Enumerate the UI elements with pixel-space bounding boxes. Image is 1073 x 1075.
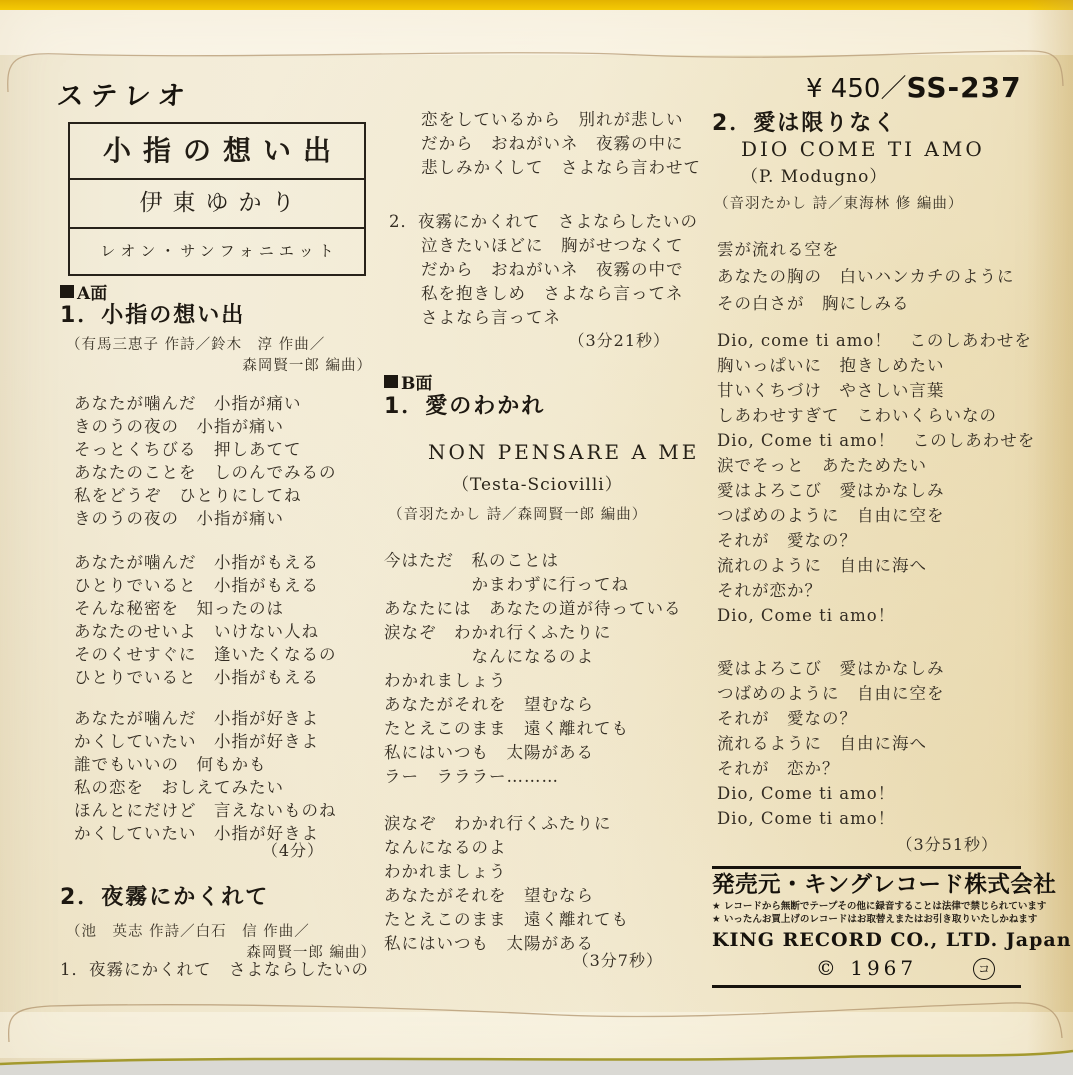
- publisher-box: 発売元・キングレコード株式会社 ★ レコードから無断でテープその他に録音すること…: [712, 866, 1021, 988]
- track-b2-stanza-3: 愛はよろこび 愛はかなしみつばめのように 自由に空をそれが 愛なの？流れるように…: [717, 656, 945, 831]
- lyric-line: だから おねがいネ 夜霧の中で: [421, 258, 684, 282]
- lyric-line: なんになるのよ: [384, 645, 682, 669]
- lyric-line: 悲しみかくして さよなら言わせて: [421, 156, 701, 180]
- lyric-line: たとえこのまま 遠く離れても: [384, 908, 629, 932]
- track-a2-verse1-cont: 恋をしているから 別れが悲しいだから おねがいネ 夜霧の中に悲しみかくして さよ…: [421, 108, 701, 180]
- lyric-line: 私の恋を おしえてみたい: [74, 776, 337, 799]
- lyric-line: 愛はよろこび 愛はかなしみ: [717, 656, 945, 681]
- lyric-line: Dio, Come ti amo！: [717, 781, 945, 806]
- lyric-line: しあわせすぎて こわいくらいなの: [717, 403, 1035, 428]
- lyric-line: あなたが噛んだ 小指が痛い: [74, 392, 337, 415]
- lyric-line: つばめのように 自由に空を: [717, 503, 1035, 528]
- track-b2-duration: （3分51秒）: [760, 832, 998, 855]
- track-a1-stanza-1: あなたが噛んだ 小指が痛いきのうの夜の 小指が痛いそっとくちびる 押しあててあな…: [74, 392, 337, 530]
- track-b1-credits: （音羽たかし 詩／森岡賢一郎 編曲）: [388, 503, 647, 524]
- lyric-line: たとえこのまま 遠く離れても: [384, 717, 682, 741]
- lyric-line: あなたが噛んだ 小指がもえる: [74, 551, 337, 574]
- track-b2-heading: 2．愛は限りなく: [712, 106, 897, 137]
- lyric-line: 雲が流れる空を: [717, 236, 1015, 263]
- track-b2-original-title: DIO COME TI AMO: [741, 137, 985, 161]
- credits-line: （有馬三恵子 作詩／鈴木 淳 作曲／: [66, 333, 372, 354]
- record-sleeve-back: ステレオ ¥ 450／SS-237 小指の想い出 伊東ゆかり レオン・サンフォニ…: [0, 0, 1073, 1075]
- lyric-line: 泣きたいほどに 胸がせつなくて: [421, 234, 684, 258]
- track-a1-heading: 1．小指の想い出: [60, 298, 245, 329]
- lyric-line: あなたのことを しのんでみるの: [74, 461, 337, 484]
- publisher-name: 発売元・キングレコード株式会社: [712, 872, 1021, 898]
- publisher-name-english: KING RECORD CO., LTD. Japan: [712, 929, 1021, 952]
- track-a1-duration: （4分）: [100, 838, 324, 861]
- artist-name: 伊東ゆかり: [70, 180, 364, 229]
- lyric-line: 流れのように 自由に海へ: [717, 553, 1035, 578]
- track-b1-stanza-2: 涙なぞ わかれ行くふたりになんになるのよわかれましょうあなたがそれを 望むならた…: [384, 812, 629, 956]
- lyric-line: ラー ラララー………: [384, 765, 682, 789]
- orchestra-name: レオン・サンフォニエット: [70, 229, 364, 274]
- lyric-line: そのくせすぐに 逢いたくなるの: [74, 643, 337, 666]
- catalog-number: SS-237: [906, 71, 1021, 104]
- lyric-line: あなたが噛んだ 小指が好きよ: [74, 707, 337, 730]
- lyric-line: それが恋か？: [717, 578, 1035, 603]
- copyright-year: © 1967: [816, 956, 917, 980]
- lyric-line: わかれましょう: [384, 860, 629, 884]
- lyric-line: Dio, Come ti amo！: [717, 806, 945, 831]
- lyric-line: 2．夜霧にかくれて さよならしたいの: [389, 210, 698, 234]
- lyric-line: ひとりでいると 小指がもえる: [74, 666, 337, 689]
- lyric-line: あなたがそれを 望むなら: [384, 693, 682, 717]
- track-b2-stanza-2: Dio, come ti amo！ このしあわせを胸いっぱいに 抱きしめたい甘い…: [717, 328, 1035, 628]
- lyric-line: 1．夜霧にかくれて さよならしたいの: [60, 958, 369, 981]
- lyric-line: 私にはいつも 太陽がある: [384, 741, 682, 765]
- lyric-line: Dio, come ti amo！ このしあわせを: [717, 328, 1035, 353]
- lyric-line: きのうの夜の 小指が痛い: [74, 415, 337, 438]
- lyric-line: 甘いくちづけ やさしい言葉: [717, 378, 1035, 403]
- price-separator: ／: [880, 74, 906, 104]
- track-a2-verse1-start: 1．夜霧にかくれて さよならしたいの: [60, 958, 369, 981]
- lyric-line: そんな秘密を 知ったのは: [74, 597, 337, 620]
- track-b1-composer: （Testa-Sciovilli）: [452, 470, 623, 495]
- credits-line: （池 英志 作詩／白石 信 作曲／: [66, 920, 376, 941]
- side-marker-icon: [60, 285, 74, 298]
- lyric-line: さよなら言ってネ: [421, 306, 684, 330]
- sleeve-bottom-flap: [0, 1012, 1073, 1058]
- lyric-line: きのうの夜の 小指が痛い: [74, 507, 337, 530]
- price-yen: ¥ 450: [806, 74, 880, 104]
- track-a2-duration: （3分21秒）: [420, 328, 670, 351]
- price-catalog: ¥ 450／SS-237: [806, 68, 1022, 105]
- lyric-line: 涙でそっと あたためたい: [717, 453, 1035, 478]
- lyric-line: わかれましょう: [384, 669, 682, 693]
- lyric-line: 涙なぞ わかれ行くふたりに: [384, 621, 682, 645]
- record-title: 小指の想い出: [70, 124, 364, 180]
- side-marker-icon: [384, 375, 398, 388]
- lyric-line: 流れるように 自由に海へ: [717, 731, 945, 756]
- lyric-line: 今はただ 私のことは: [384, 549, 682, 573]
- lyric-line: かくしていたい 小指が好きよ: [74, 730, 337, 753]
- copyright-row: © 1967 コ: [712, 955, 1021, 981]
- publisher-notice-2: ★ いったんお買上げのレコードはお取替えまたはお引き取りいたしかねます: [712, 914, 1021, 926]
- lyric-line: 恋をしているから 別れが悲しい: [421, 108, 701, 132]
- track-b2-stanza-1: 雲が流れる空をあなたの胸の 白いハンカチのようにその白さが 胸にしみる: [717, 236, 1015, 317]
- lyric-line: かまわずに行ってね: [384, 573, 682, 597]
- lyric-line: ひとりでいると 小指がもえる: [74, 574, 337, 597]
- track-a2-verse2-cont: 泣きたいほどに 胸がせつなくてだから おねがいネ 夜霧の中で私を抱きしめ さよな…: [421, 234, 684, 330]
- track-b2-composer: （P. Modugno）: [741, 162, 887, 187]
- lyric-line: それが 恋か？: [717, 756, 945, 781]
- lyric-line: それが 愛なの？: [717, 528, 1035, 553]
- circled-ko-mark-icon: コ: [973, 958, 995, 980]
- sleeve-top-flap: [0, 10, 1073, 55]
- track-a2-credits: （池 英志 作詩／白石 信 作曲／ 森岡賢一郎 編曲）: [66, 920, 376, 962]
- track-a2-heading: 2．夜霧にかくれて: [60, 880, 269, 911]
- lyric-line: Dio, Come ti amo！ このしあわせを: [717, 428, 1035, 453]
- lyric-line: なんになるのよ: [384, 836, 629, 860]
- lyric-line: ほんとにだけど 言えないものね: [74, 799, 337, 822]
- title-box: 小指の想い出 伊東ゆかり レオン・サンフォニエット: [68, 122, 366, 276]
- lyric-line: それが 愛なの？: [717, 706, 945, 731]
- lyric-line: つばめのように 自由に空を: [717, 681, 945, 706]
- lyric-line: あなたには あなたの道が待っている: [384, 597, 682, 621]
- lyric-line: あなたのせいよ いけない人ね: [74, 620, 337, 643]
- lyric-line: 愛はよろこび 愛はかなしみ: [717, 478, 1035, 503]
- stereo-logo: ステレオ: [56, 74, 194, 113]
- lyric-line: そっとくちびる 押しあてて: [74, 438, 337, 461]
- lyric-line: あなたの胸の 白いハンカチのように: [717, 263, 1015, 290]
- track-a1-stanza-2: あなたが噛んだ 小指がもえるひとりでいると 小指がもえるそんな秘密を 知ったのは…: [74, 551, 337, 689]
- track-b1-duration: （3分7秒）: [420, 948, 663, 971]
- track-b1-stanza-1: 今はただ 私のことは かまわずに行ってねあなたには あなたの道が待っている涙なぞ…: [384, 549, 682, 789]
- track-a2-verse2-start: 2．夜霧にかくれて さよならしたいの: [389, 210, 698, 234]
- track-b2-credits: （音羽たかし 詩／東海林 修 編曲）: [714, 192, 963, 213]
- lyric-line: 私を抱きしめ さよなら言ってネ: [421, 282, 684, 306]
- credits-line: 森岡賢一郎 編曲）: [66, 354, 372, 375]
- lyric-line: あなたがそれを 望むなら: [384, 884, 629, 908]
- lyric-line: だから おねがいネ 夜霧の中に: [421, 132, 701, 156]
- sleeve-top-yellow-edge: [0, 0, 1073, 10]
- lyric-line: 涙なぞ わかれ行くふたりに: [384, 812, 629, 836]
- lyric-line: その白さが 胸にしみる: [717, 290, 1015, 317]
- publisher-notice-1: ★ レコードから無断でテープその他に録音することは法律で禁じられています: [712, 901, 1021, 913]
- track-b1-heading: 1．愛のわかれ: [384, 389, 545, 420]
- track-a1-stanza-3: あなたが噛んだ 小指が好きよかくしていたい 小指が好きよ誰でもいいの 何もかも私…: [74, 707, 337, 845]
- lyric-line: 誰でもいいの 何もかも: [74, 753, 337, 776]
- lyric-line: 私をどうぞ ひとりにしてね: [74, 484, 337, 507]
- lyric-line: 胸いっぱいに 抱きしめたい: [717, 353, 1035, 378]
- track-b1-original-title: NON PENSARE A ME: [428, 440, 699, 464]
- track-a1-credits: （有馬三恵子 作詩／鈴木 淳 作曲／ 森岡賢一郎 編曲）: [66, 333, 372, 375]
- lyric-line: Dio, Come ti amo！: [717, 603, 1035, 628]
